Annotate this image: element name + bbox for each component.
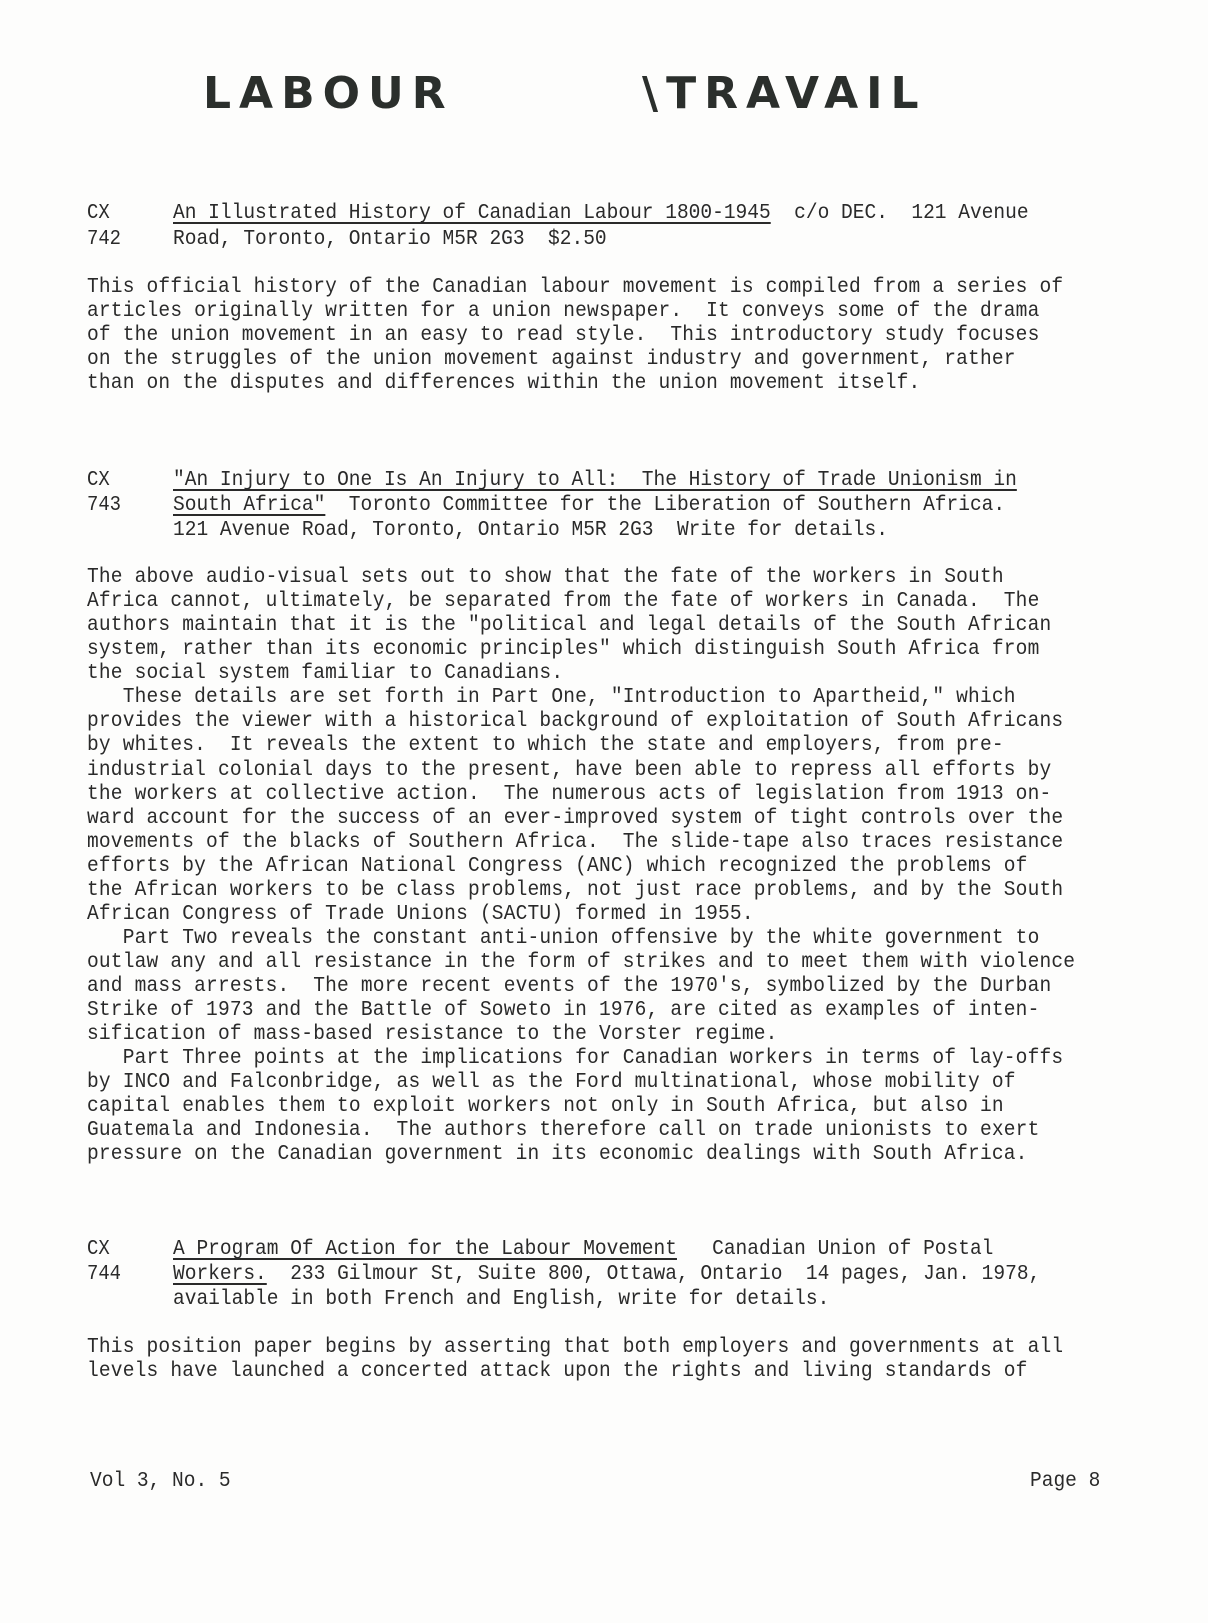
description-line: African Congress of Trade Unions (SACTU)…	[87, 903, 754, 927]
entry-heading-line: An Illustrated History of Canadian Labou…	[173, 202, 1029, 226]
description-line: the African workers to be class problems…	[87, 879, 1063, 903]
description-line: This official history of the Canadian la…	[87, 276, 1063, 300]
description-line: These details are set forth in Part One,…	[87, 686, 1016, 710]
description-line: on the struggles of the union movement a…	[87, 348, 1016, 372]
entry-code-number: 744	[87, 1263, 121, 1287]
description-line: Part Two reveals the constant anti-union…	[87, 927, 1039, 951]
page-number: Page 8	[1030, 1470, 1100, 1494]
entry-publisher: Toronto Committee for the Liberation of …	[325, 494, 1005, 517]
entry-title: An Illustrated History of Canadian Labou…	[173, 202, 771, 225]
description-line: outlaw any and all resistance in the for…	[87, 951, 1075, 975]
entry-heading-line: A Program Of Action for the Labour Movem…	[173, 1238, 993, 1262]
description-line: the workers at collective action. The nu…	[87, 783, 1051, 807]
description-line: Part Three points at the implications fo…	[87, 1047, 1063, 1071]
description-line: This position paper begins by asserting …	[87, 1336, 1063, 1360]
entry-availability: available in both French and English, wr…	[173, 1288, 829, 1312]
description-line: system, rather than its economic princip…	[87, 638, 1039, 662]
entry-publisher: c/o DEC. 121 Avenue	[771, 202, 1029, 225]
description-line: levels have launched a concerted attack …	[87, 1360, 1028, 1384]
description-line: capital enables them to exploit workers …	[87, 1095, 1004, 1119]
entry-code-number: 742	[87, 228, 121, 252]
entry-code-prefix: CX	[87, 202, 110, 226]
description-line: of the union movement in an easy to read…	[87, 324, 1039, 348]
entry-publisher: Canadian Union of Postal	[677, 1238, 993, 1261]
description-line: by INCO and Falconbridge, as well as the…	[87, 1071, 1016, 1095]
entry-title: "An Injury to One Is An Injury to All: T…	[173, 469, 1017, 492]
description-line: articles originally written for a union …	[87, 300, 1039, 324]
description-line: provides the viewer with a historical ba…	[87, 710, 1063, 734]
entry-title-continued: Workers.	[173, 1263, 267, 1286]
description-line: and mass arrests. The more recent events…	[87, 975, 1051, 999]
entry-heading-line: Workers. 233 Gilmour St, Suite 800, Otta…	[173, 1263, 1040, 1287]
masthead-travail: \TRAVAIL	[642, 68, 927, 119]
description-line: The above audio-visual sets out to show …	[87, 566, 1004, 590]
description-line: the social system familiar to Canadians.	[87, 662, 563, 686]
description-line: authors maintain that it is the "politic…	[87, 614, 1051, 638]
description-line: industrial colonial days to the present,…	[87, 759, 1051, 783]
description-line: by whites. It reveals the extent to whic…	[87, 734, 1004, 758]
description-line: sification of mass-based resistance to t…	[87, 1023, 778, 1047]
description-line: efforts by the African National Congress…	[87, 855, 1028, 879]
description-line: movements of the blacks of Southern Afri…	[87, 831, 1063, 855]
entry-address: 121 Avenue Road, Toronto, Ontario M5R 2G…	[173, 519, 888, 543]
description-line: ward account for the success of an ever-…	[87, 807, 1063, 831]
entry-title: A Program Of Action for the Labour Movem…	[173, 1238, 677, 1261]
entry-address: Road, Toronto, Ontario M5R 2G3 $2.50	[173, 228, 607, 252]
description-line: Africa cannot, ultimately, be separated …	[87, 590, 1039, 614]
description-line: Strike of 1973 and the Battle of Soweto …	[87, 999, 1039, 1023]
description-line: than on the disputes and differences wit…	[87, 372, 920, 396]
entry-code-prefix: CX	[87, 1238, 110, 1262]
entry-heading-line: "An Injury to One Is An Injury to All: T…	[173, 469, 1017, 493]
description-line: Guatemala and Indonesia. The authors the…	[87, 1119, 1039, 1143]
entry-title-continued: South Africa"	[173, 494, 325, 517]
masthead-labour: LABOUR	[203, 68, 454, 119]
entry-code-number: 743	[87, 494, 121, 518]
entry-heading-line: South Africa" Toronto Committee for the …	[173, 494, 1005, 518]
description-line: pressure on the Canadian government in i…	[87, 1143, 1028, 1167]
entry-code-prefix: CX	[87, 469, 110, 493]
entry-address: 233 Gilmour St, Suite 800, Ottawa, Ontar…	[267, 1263, 1041, 1286]
volume-number: Vol 3, No. 5	[90, 1470, 231, 1494]
